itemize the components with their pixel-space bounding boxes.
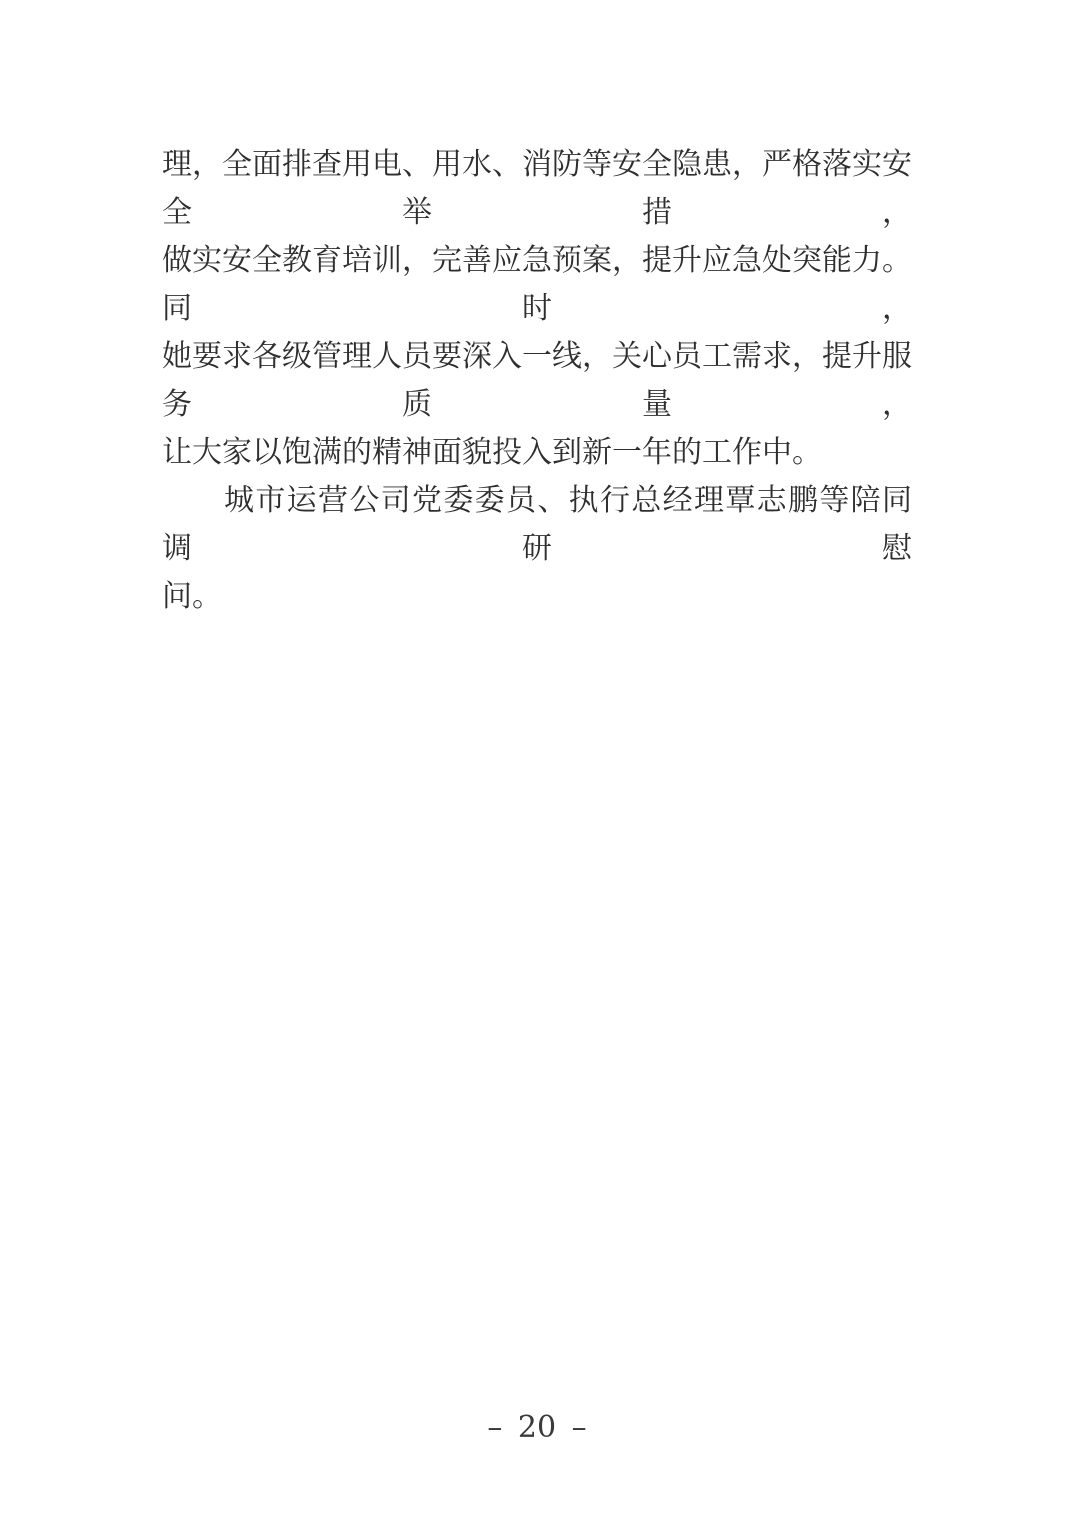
text-line: 做实安全教育培训，完善应急预案，提升应急处突能力。同时， <box>162 237 912 333</box>
document-page: 理，全面排查用电、用水、消防等安全隐患，严格落实安全举措，做实安全教育培训，完善… <box>0 0 1074 1520</box>
text-line: 城市运营公司党委委员、执行总经理覃志鹏等陪同调研慰 <box>162 477 912 573</box>
page-number: – 20 – <box>0 1410 1074 1446</box>
text-line: 让大家以饱满的精神面貌投入到新一年的工作中。 <box>162 429 912 477</box>
text-line: 问。 <box>162 573 912 621</box>
body-text: 理，全面排查用电、用水、消防等安全隐患，严格落实安全举措，做实安全教育培训，完善… <box>162 141 912 621</box>
text-line: 她要求各级管理人员要深入一线，关心员工需求，提升服务质量， <box>162 333 912 429</box>
text-line: 理，全面排查用电、用水、消防等安全隐患，严格落实安全举措， <box>162 141 912 237</box>
